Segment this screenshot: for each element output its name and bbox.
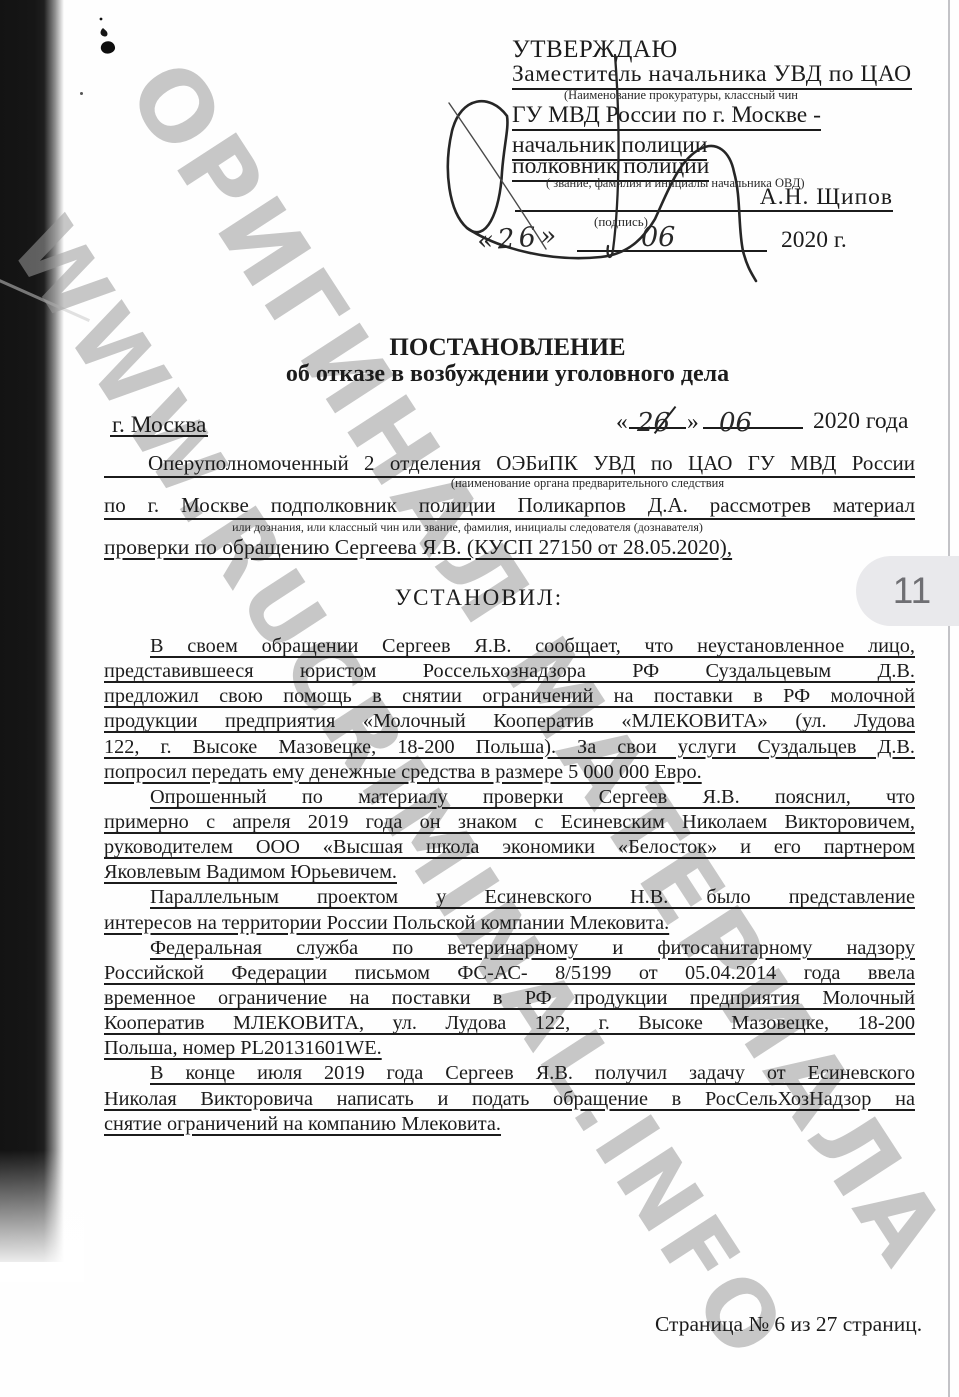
handwritten-month: 06 <box>719 408 752 438</box>
doc-title: ПОСТАНОВЛЕНИЕ <box>104 334 911 362</box>
form-caption-investigator: или дознания, или классный чин или звани… <box>104 520 911 535</box>
body-line: продукции предприятия «Молочный Кооперат… <box>104 709 915 734</box>
date-close-quote: » <box>687 409 699 436</box>
document-body: В своем обращении Сергеев Я.В. сообщает,… <box>104 634 915 1137</box>
body-line: предложил свою помощь в снятии ограничен… <box>104 684 915 709</box>
dust-speck <box>80 92 83 95</box>
approval-year: 2020 г. <box>781 227 847 254</box>
body-line: В своем обращении Сергеев Я.В. сообщает,… <box>104 634 915 659</box>
established-heading: УСТАНОВИЛ: <box>104 585 854 611</box>
body-line: Параллельным проектом у Есиневского Н.В.… <box>104 885 915 910</box>
date-open-quote: « <box>616 409 628 436</box>
place-city: г. Москва <box>110 412 208 437</box>
open-quote: « <box>476 225 499 257</box>
approve-heading: УТВЕРЖДАЮ <box>512 36 678 64</box>
body-line: примерно с апреля 2019 года он знаком с … <box>104 810 915 835</box>
approval-date-day: «26» <box>476 220 561 257</box>
body-line: руководителем ООО «Высшая школа экономик… <box>104 835 915 860</box>
close-quote: » <box>539 220 562 252</box>
body-line: интересов на территории России Польской … <box>104 911 915 936</box>
page-number-badge: 11 <box>856 556 959 626</box>
body-line: снятие ограничений на компанию Млековита… <box>104 1112 915 1137</box>
approver-line-2: ГУ МВД России по г. Москве - <box>512 102 821 131</box>
body-line: Федеральная служба по ветеринарному и фи… <box>104 936 915 961</box>
preamble-line-1: Оперуполномоченный 2 отделения ОЭБиПК УВ… <box>104 451 915 478</box>
handwritten-day: 26 <box>497 222 541 256</box>
body-line: Николая Викторовича написать и подать об… <box>104 1087 915 1112</box>
signer-name-line: А.Н. Щипов <box>515 184 893 212</box>
ink-smudge <box>96 16 122 60</box>
body-line: представившееся юристом Россельхознадзор… <box>104 659 915 684</box>
body-line: Польша, номер PL20131601WE. <box>104 1036 915 1061</box>
body-line: 122, г. Высоке Мазовецке, 18-200 Польша)… <box>104 735 915 760</box>
scanned-document-page: ОРИГИНАЛ МАТЕРИАЛА WWW.RUCRIMINAL.INFO У… <box>0 0 959 1397</box>
scanner-edge-band <box>0 0 64 1262</box>
body-line: попросил передать ему денежные средства … <box>104 760 915 785</box>
page-edge-line <box>948 0 950 1397</box>
body-line: Яковлевым Вадимом Юрьевичем. <box>104 860 915 885</box>
date-year: 2020 года <box>813 408 908 435</box>
body-line: Кооператив МЛЕКОВИТА, ул. Лудова 122, г.… <box>104 1011 915 1036</box>
body-line: Российской Федерации письмом ФС-АС- 8/51… <box>104 961 915 986</box>
form-caption-agency: (наименование органа предварительного сл… <box>104 476 911 491</box>
date-month-blank: 06 <box>703 408 803 429</box>
preamble-line-3: проверки по обращению Сергеева Я.В. (КУС… <box>104 535 732 560</box>
body-line: В конце июля 2019 года Сергеев Я.В. полу… <box>104 1061 915 1086</box>
form-caption-prosecutor: (Наименование прокуратуры, классный чин <box>564 88 798 103</box>
approval-month-blank: 06 <box>577 222 767 252</box>
page-number-label: 11 <box>893 570 931 612</box>
page-note: Страница № 6 из 27 страниц. <box>655 1312 922 1337</box>
body-line: временное ограничение на поставки в РФ п… <box>104 986 915 1011</box>
approver-line-1: Заместитель начальника УВД по ЦАО <box>512 61 912 90</box>
scanner-edge-fade <box>0 1150 84 1282</box>
preamble-line-2: по г. Москве подполковник полиции Полика… <box>104 493 915 520</box>
handwritten-month: 06 <box>641 222 675 253</box>
handwritten-day: 26 <box>637 408 670 438</box>
body-line: Опрошенный по материалу проверки Сергеев… <box>104 785 915 810</box>
doc-subtitle: об отказе в возбуждении уголовного дела <box>104 361 911 388</box>
